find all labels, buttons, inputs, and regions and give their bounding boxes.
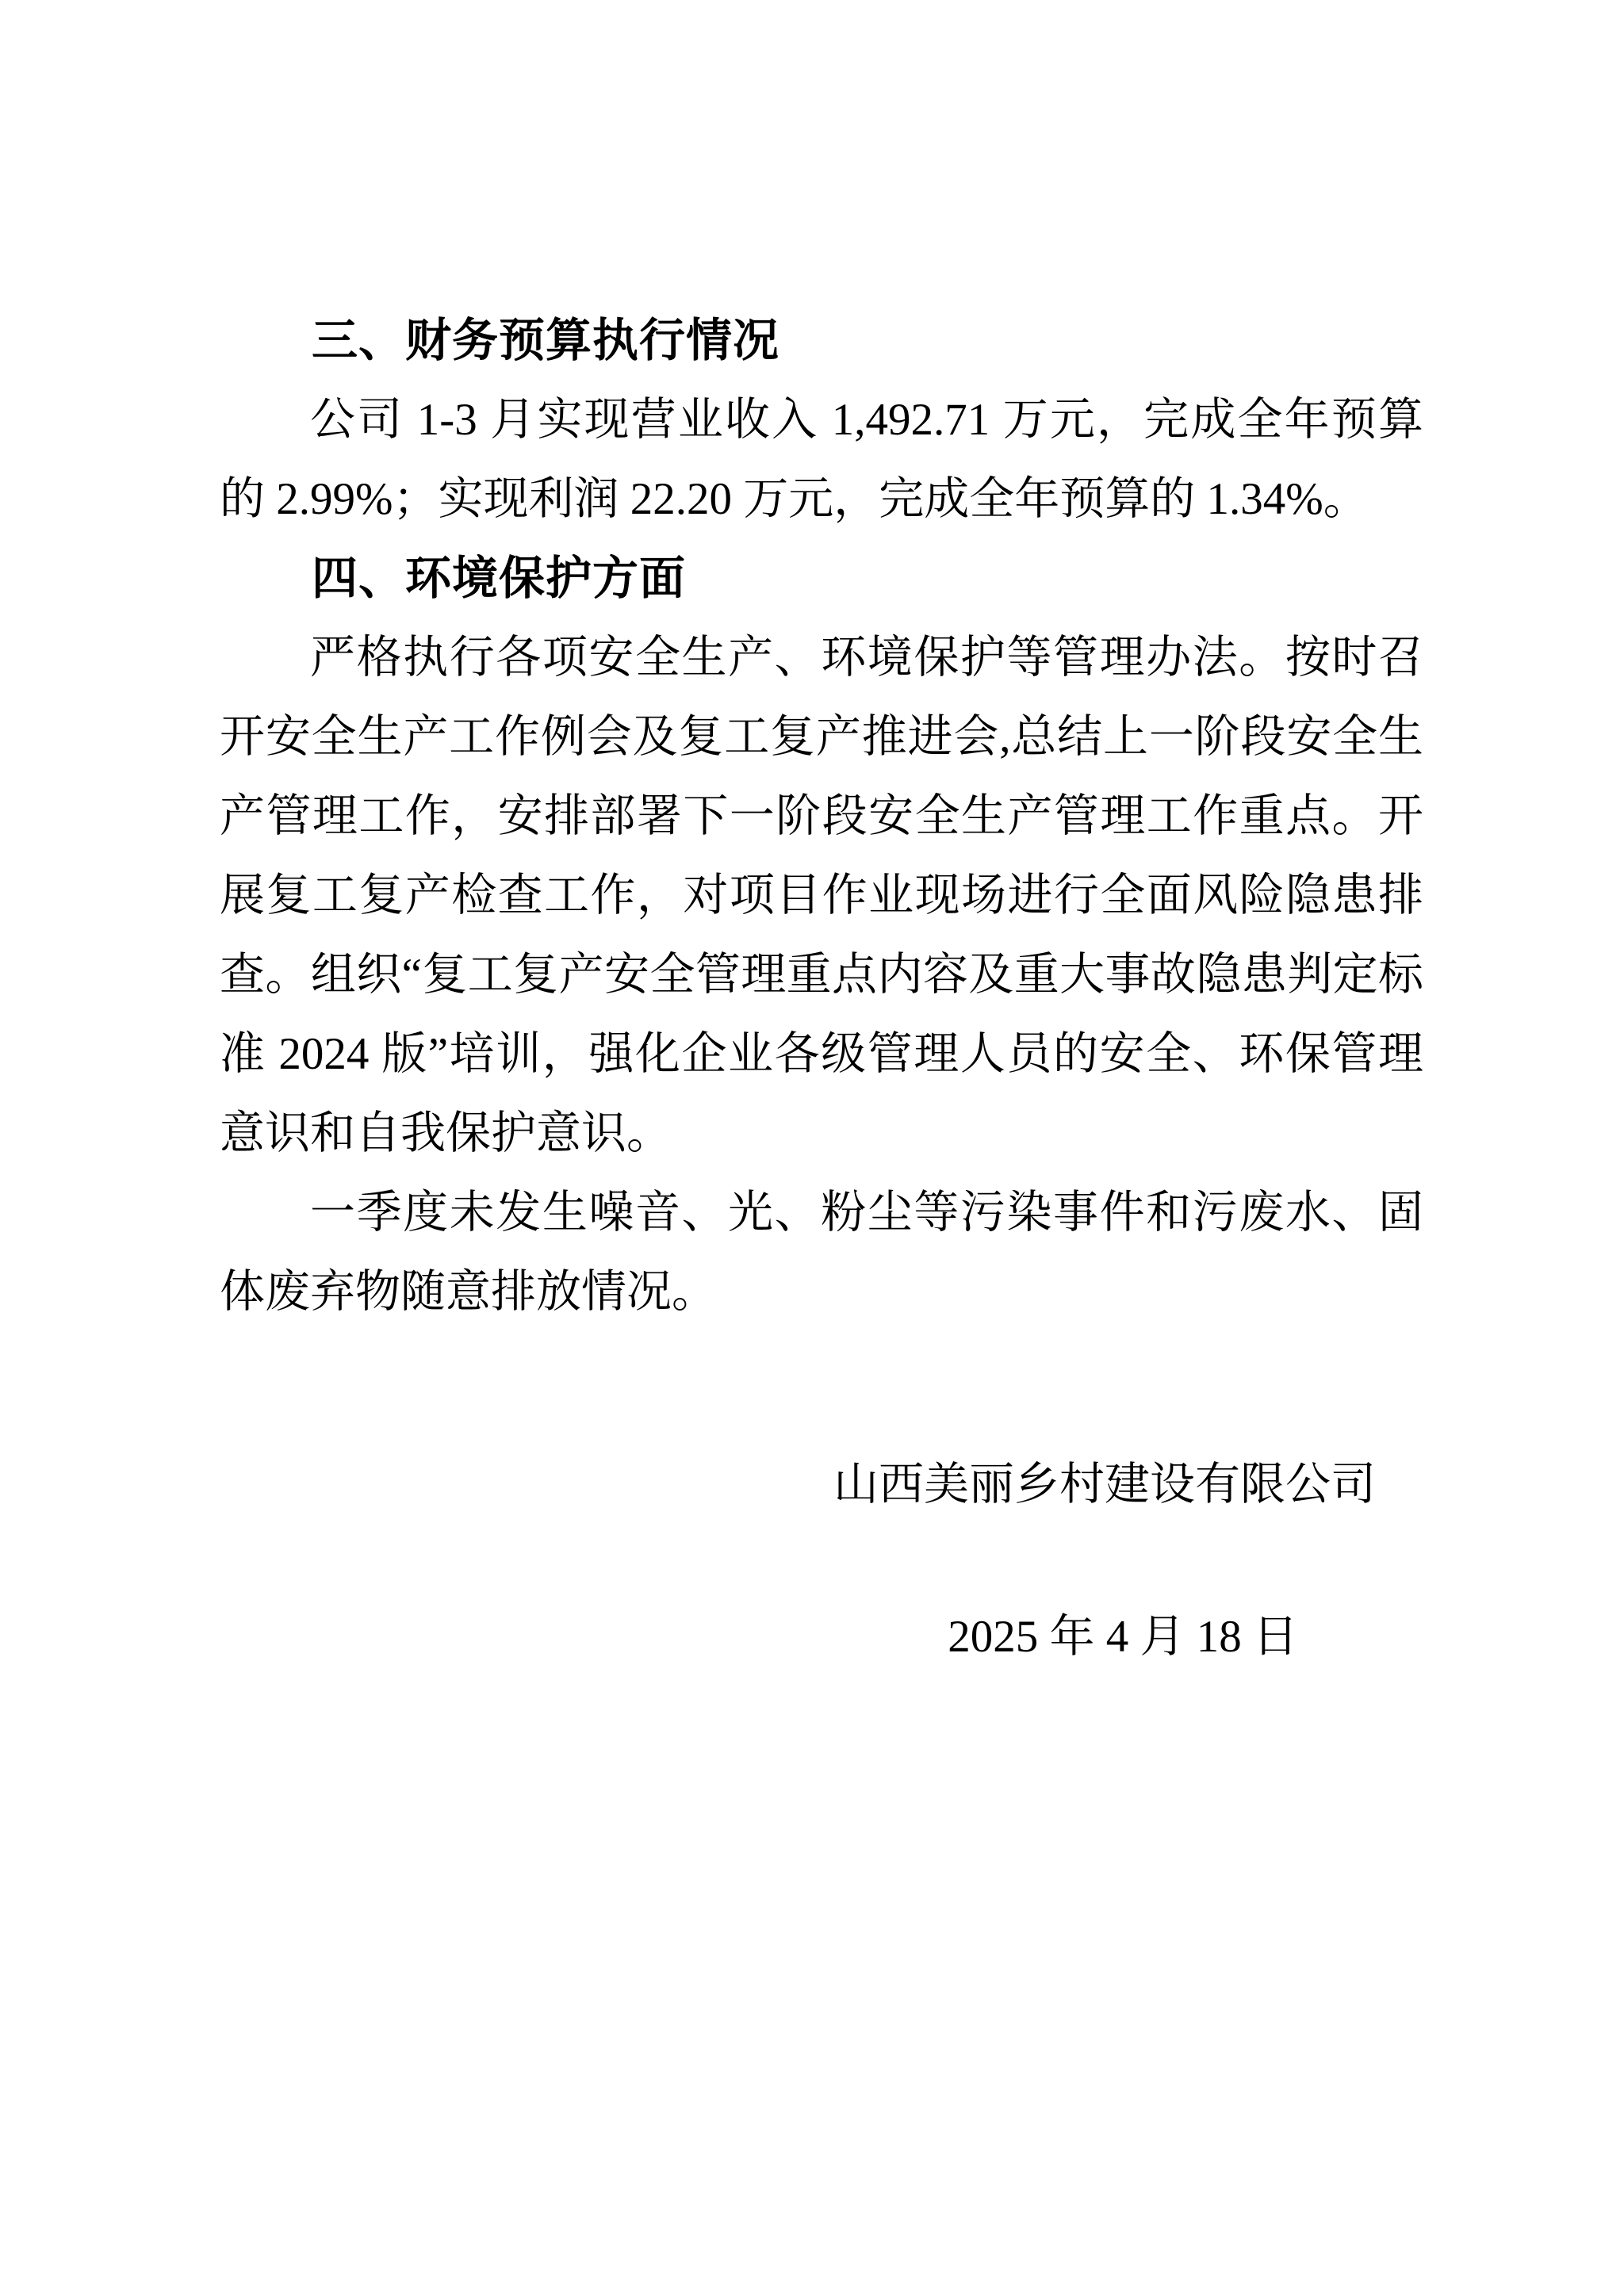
document-date: 2025 年 4 月 18 日 [220, 1598, 1423, 1677]
section-heading-environment-protection: 四、环境保护方面 [220, 539, 1423, 618]
document-content: 三、财务预算执行情况 公司 1-3 月实现营业收入 1,492.71 万元，完成… [220, 301, 1423, 1677]
document-page: 三、财务预算执行情况 公司 1-3 月实现营业收入 1,492.71 万元，完成… [0, 0, 1624, 2296]
company-signature: 山西美丽乡村建设有限公司 [220, 1445, 1423, 1525]
section-heading-finance-budget: 三、财务预算执行情况 [220, 301, 1423, 381]
paragraph-finance-budget-execution: 公司 1-3 月实现营业收入 1,492.71 万元，完成全年预算的 2.99%… [220, 381, 1423, 539]
paragraph-pollution-status: 一季度未发生噪音、光、粉尘等污染事件和污废水、固体废弃物随意排放情况。 [220, 1173, 1423, 1332]
paragraph-safety-management: 严格执行各项安全生产、环境保护等管理办法。按时召开安全生产工作例会及复工复产推进… [220, 618, 1423, 1173]
